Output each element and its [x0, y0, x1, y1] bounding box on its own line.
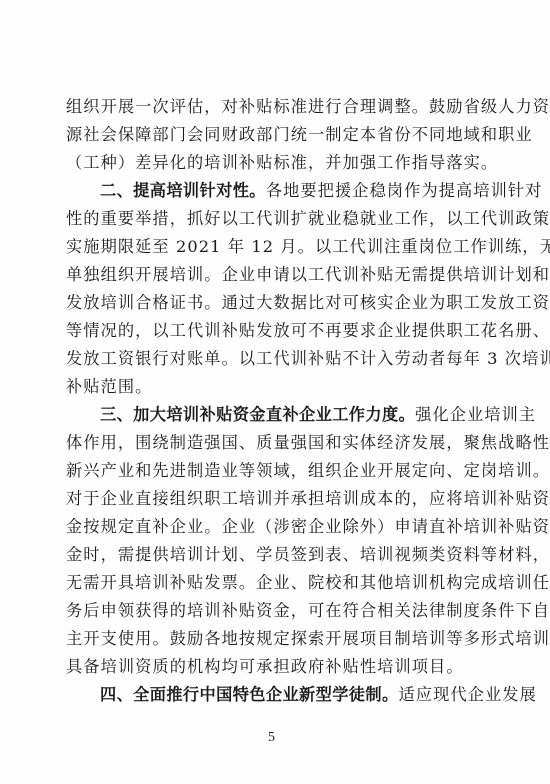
text-line: 发放培训合格证书。通过大数据比对可核实企业为职工发放工资 — [66, 289, 484, 317]
text-line: 具备培训资质的机构均可承担政府补贴性培训项目。 — [66, 653, 484, 681]
text-line: 补贴范围。 — [66, 373, 484, 401]
text-line: 务后申领获得的培训补贴资金，可在符合相关法律制度条件下自 — [66, 597, 484, 625]
text-line: 源社会保障部门会同财政部门统一制定本省份不同地域和职业 — [66, 121, 484, 149]
section-heading-three: 三、加大培训补贴资金直补企业工作力度。 — [100, 405, 415, 424]
section-heading-four: 四、全面推行中国特色企业新型学徒制。 — [100, 685, 399, 704]
section-heading-two: 二、提高培训针对性。 — [100, 181, 266, 200]
page-number: 5 — [268, 730, 275, 746]
text-line: 实施期限延至 2021 年 12 月。以工代训注重岗位工作训练，无需 — [66, 233, 484, 261]
text-line: 新兴产业和先进制造业等领域，组织企业开展定向、定岗培训。 — [66, 457, 484, 485]
text-run: 各地要把援企稳岗作为提高培训针对 — [266, 181, 543, 200]
section-two-first-line: 二、提高培训针对性。各地要把援企稳岗作为提高培训针对 — [66, 177, 484, 205]
text-line: 金按规定直补企业。企业（涉密企业除外）申请直补培训补贴资 — [66, 513, 484, 541]
text-line: 性的重要举措，抓好以工代训扩就业稳就业工作，以工代训政策 — [66, 205, 484, 233]
text-line: 等情况的，以工代训补贴发放可不再要求企业提供职工花名册、 — [66, 317, 484, 345]
section-three-first-line: 三、加大培训补贴资金直补企业工作力度。强化企业培训主 — [66, 401, 484, 429]
section-four-first-line: 四、全面推行中国特色企业新型学徒制。适应现代企业发展 — [66, 681, 484, 709]
text-line: （工种）差异化的培训补贴标准，并加强工作指导落实。 — [66, 149, 484, 177]
text-line: 无需开具培训补贴发票。企业、院校和其他培训机构完成培训任 — [66, 569, 484, 597]
text-line: 发放工资银行对账单。以工代训补贴不计入劳动者每年 3 次培训 — [66, 345, 484, 373]
text-line: 金时，需提供培训计划、学员签到表、培训视频类资料等材料， — [66, 541, 484, 569]
document-page: 组织开展一次评估，对补贴标准进行合理调整。鼓励省级人力资 源社会保障部门会同财政… — [0, 0, 550, 784]
document-body: 组织开展一次评估，对补贴标准进行合理调整。鼓励省级人力资 源社会保障部门会同财政… — [66, 93, 484, 709]
text-run: 强化企业培训主 — [415, 405, 536, 424]
text-line: 对于企业直接组织职工培训并承担培训成本的，应将培训补贴资 — [66, 485, 484, 513]
text-run: 适应现代企业发展 — [399, 685, 537, 704]
text-line: 主开支使用。鼓励各地按规定探索开展项目制培训等多形式培训。 — [66, 625, 484, 653]
text-line: 单独组织开展培训。企业申请以工代训补贴无需提供培训计划和 — [66, 261, 484, 289]
text-line: 体作用，围绕制造强国、质量强国和实体经济发展，聚焦战略性 — [66, 429, 484, 457]
text-line: 组织开展一次评估，对补贴标准进行合理调整。鼓励省级人力资 — [66, 93, 484, 121]
